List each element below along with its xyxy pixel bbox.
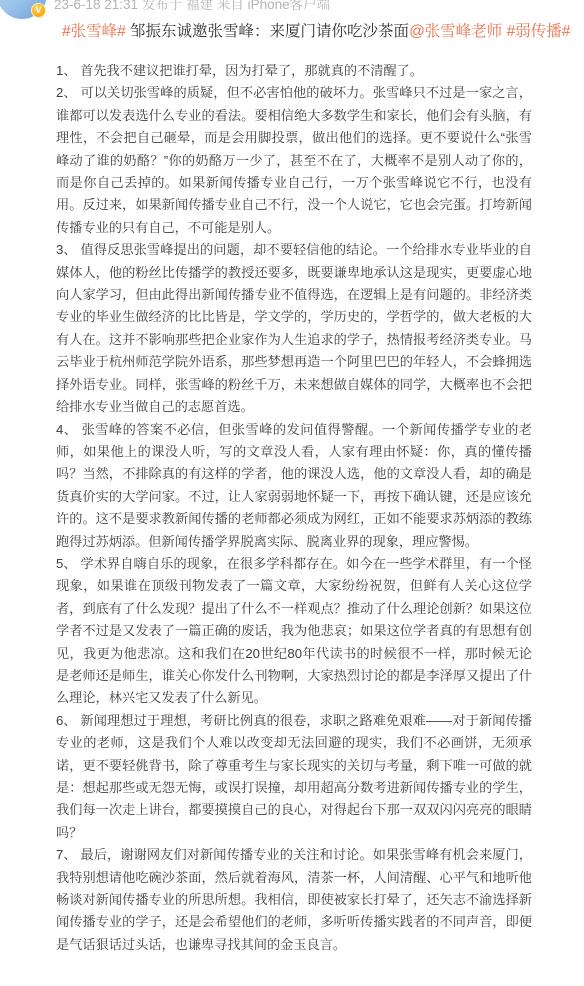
post-paragraph: 1、 首先我不建议把谁打晕，因为打晕了，那就真的不清醒了。 <box>56 60 532 82</box>
post-paragraph: 3、 值得反思张雪峰提出的问题，却不要轻信他的结论。一个给排水专业毕业的自媒体人… <box>56 239 532 418</box>
weibo-post-page: V 23-6-18 21:31 发布于 福建 来自 iPhone客户端 #张雪峰… <box>0 0 584 986</box>
vip-v-badge-icon: V <box>31 3 46 18</box>
post-paragraph: 6、 新闻理想过于理想，考研比例真的很卷，求职之路难免艰难——对于新闻传播专业的… <box>56 710 532 844</box>
post-paragraph: 5、 学术界自嗨自乐的现象，在很多学科都存在。如今在一些学术群里，有一个怪现象，… <box>56 553 532 710</box>
avatar[interactable]: V <box>0 0 47 19</box>
post-paragraph: 7、 最后，谢谢网友们对新闻传播专业的关注和讨论。如果张雪峰有机会来厦门，我特别… <box>56 844 532 956</box>
post-meta: 23-6-18 21:31 发布于 福建 来自 iPhone客户端 <box>54 0 330 13</box>
mention-link-zhangxuefeng-teacher[interactable]: @张雪峰老师 <box>409 23 502 40</box>
hashtag-link-ruochuanbo[interactable]: #弱传播# <box>502 23 570 40</box>
post-title-text: 邹振东诚邀张雪峰：来厦门请你吃沙茶面 <box>126 23 409 40</box>
post-body: 1、 首先我不建议把谁打晕，因为打晕了，那就真的不清醒了。 2、 可以关切张雪峰… <box>56 60 532 956</box>
post-title: #张雪峰# 邹振东诚邀张雪峰：来厦门请你吃沙茶面@张雪峰老师 #弱传播# <box>62 20 570 44</box>
post-paragraph: 4、 张雪峰的答案不必信，但张雪峰的发问值得警醒。一个新闻传播学专业的老师，如果… <box>56 419 532 553</box>
post-paragraph: 2、 可以关切张雪峰的质疑，但不必害怕他的破坏力。张雪峰只不过是一家之言，谁都可… <box>56 82 532 239</box>
hashtag-link-zhangxuefeng[interactable]: #张雪峰# <box>62 23 126 40</box>
